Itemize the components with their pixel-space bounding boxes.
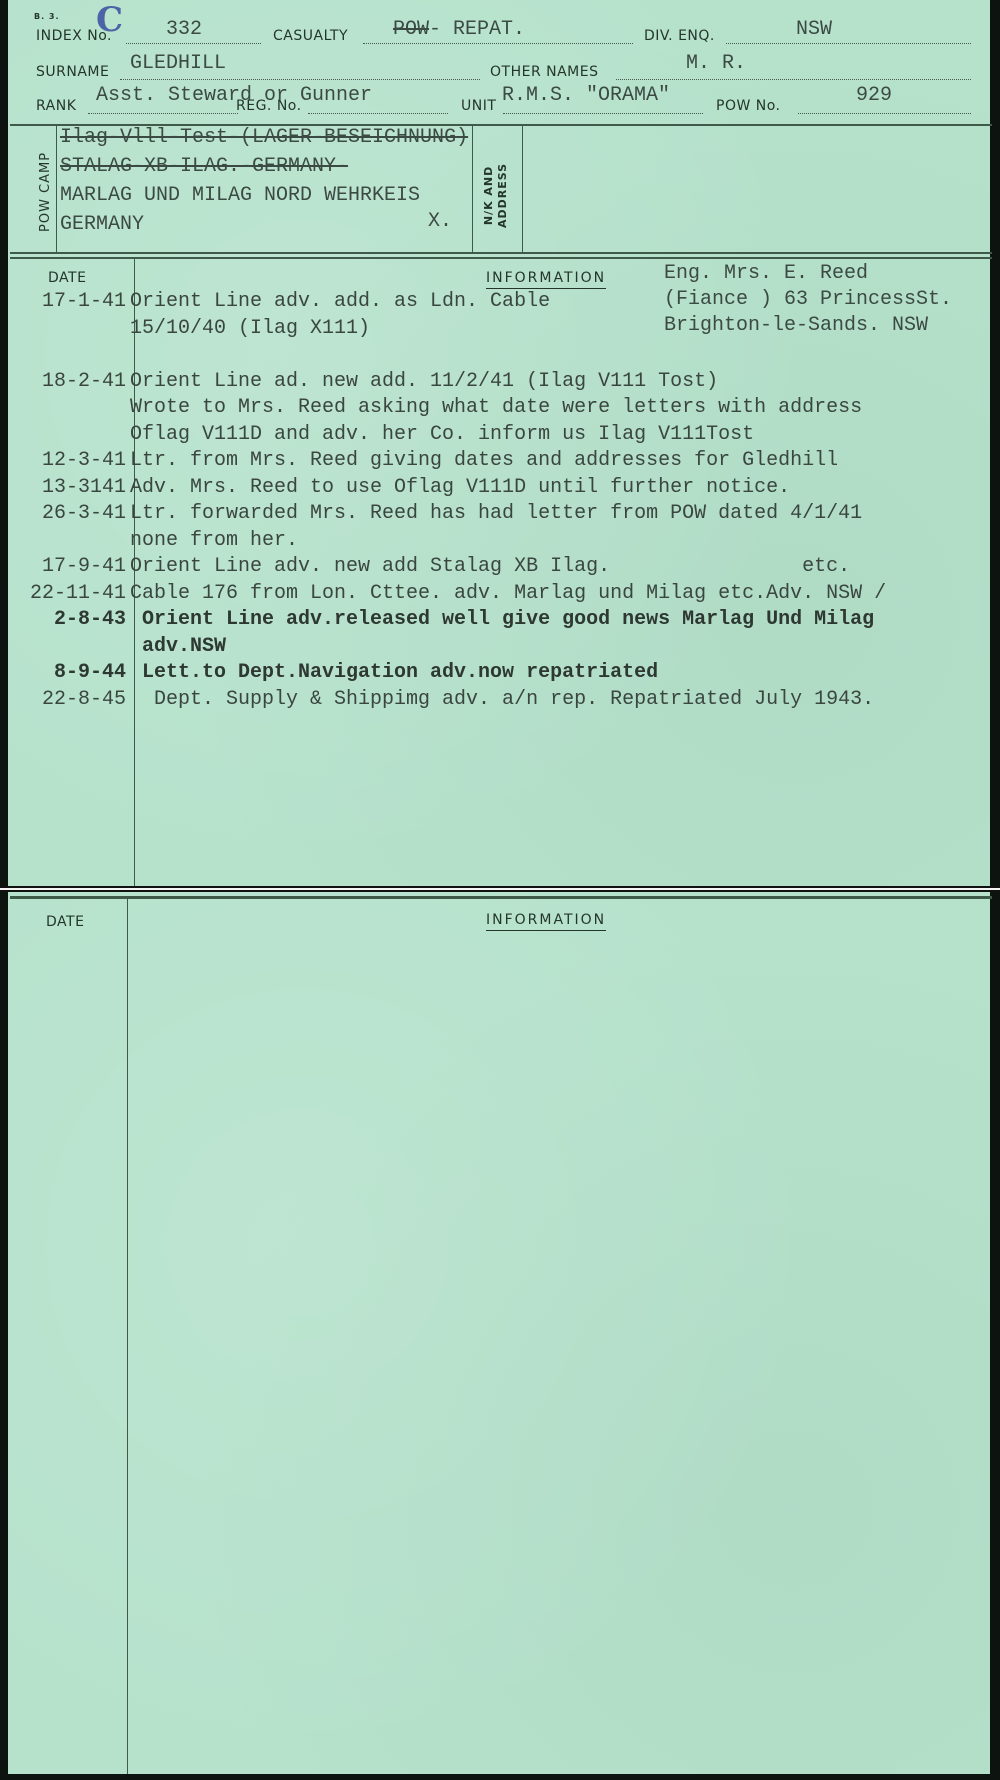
entry-date: 18-2-41 [8, 370, 126, 393]
entry-text: Dept. Supply & Shippimg adv. a/n rep. Re… [130, 688, 874, 711]
form-code: B. 3. [34, 12, 60, 21]
next-of-kin-line: Brighton-le-Sands. NSW [664, 314, 928, 337]
unit-value: R.M.S. "ORAMA" [502, 84, 670, 107]
entry-text: Cable 176 from Lon. Cttee. adv. Marlag u… [130, 582, 886, 605]
entry-text: Wrote to Mrs. Reed asking what date were… [130, 396, 862, 419]
next-of-kin-line: Eng. Mrs. E. Reed [664, 262, 868, 285]
entry-text: Lett.to Dept.Navigation adv.now repatria… [130, 661, 658, 684]
entry-text: 15/10/40 (Ilag X111) [130, 317, 370, 340]
unit-label: UNIT [461, 98, 496, 114]
index-card-back: DATE INFORMATION [8, 892, 990, 1774]
entry-text: Orient Line adv. add. as Ldn. Cable [130, 290, 550, 313]
entry-text: Oflag V111D and adv. her Co. inform us I… [130, 423, 754, 446]
other-names-label: OTHER NAMES [490, 64, 598, 80]
information-header: INFORMATION [486, 270, 606, 286]
entry-text: adv.NSW [130, 635, 226, 658]
entry-text: Ltr. forwarded Mrs. Reed has had letter … [130, 502, 862, 525]
index-card-front: B. 3. C INDEX No. 332 CASUALTY POW- REPA… [8, 0, 990, 886]
pow-camp-label: POW CAMP [38, 152, 53, 232]
entry-date: 26-3-41 [8, 502, 126, 525]
div-enq-label: DIV. ENQ. [644, 28, 715, 44]
entry-date: 8-9-44 [8, 661, 126, 684]
surname-value: GLEDHILL [130, 52, 226, 75]
entry-date: 17-9-41 [8, 555, 126, 578]
pow-camp-suffix: X. [428, 210, 452, 233]
pow-no-value: 929 [856, 84, 892, 107]
entry-text: Ltr. from Mrs. Reed giving dates and add… [130, 449, 838, 472]
entry-text: none from her. [130, 529, 298, 552]
entry-date: 17-1-41 [8, 290, 126, 313]
entry-date: 22-11-41 [8, 582, 126, 605]
back-date-header: DATE [46, 914, 84, 930]
entry-text: Orient Line adv. new add Stalag XB Ilag.… [130, 555, 850, 578]
index-no-value: 332 [166, 18, 202, 41]
next-of-kin-line: (Fiance ) 63 PrincessSt. [664, 288, 952, 311]
back-information-header: INFORMATION [486, 912, 606, 928]
index-no-label: INDEX No. [36, 28, 112, 44]
entry-date: 22-8-45 [8, 688, 126, 711]
entry-date: 13-3141 [8, 476, 126, 499]
surname-label: SURNAME [36, 64, 109, 80]
entry-text: Orient Line adv.released well give good … [130, 608, 874, 631]
rank-label: RANK [36, 98, 76, 114]
rank-value: Asst. Steward or Gunner [96, 84, 372, 107]
pow-camp-line: MARLAG UND MILAG NORD WEHRKEIS [60, 184, 420, 207]
date-header: DATE [48, 270, 86, 286]
pow-no-label: POW No. [716, 98, 781, 114]
pow-camp-line: Ilag-Vlll-Test-(LAGER-BESEICHNUNG) [60, 126, 468, 149]
pow-camp-line: GERMANY [60, 213, 144, 236]
casualty-value: POW- REPAT. [393, 18, 525, 41]
other-names-value: M. R. [686, 52, 746, 75]
entry-text: Adv. Mrs. Reed to use Oflag V111D until … [130, 476, 790, 499]
nk-address-label: N/K AND ADDRESS [482, 163, 510, 228]
entry-text: Orient Line ad. new add. 11/2/41 (Ilag V… [130, 370, 718, 393]
entry-date: 2-8-43 [8, 608, 126, 631]
casualty-label: CASUALTY [273, 28, 348, 44]
div-enq-value: NSW [796, 18, 832, 41]
entry-date: 12-3-41 [8, 449, 126, 472]
pow-camp-line: STALAG-XB-ILAG.-GERMANY- [60, 155, 348, 178]
